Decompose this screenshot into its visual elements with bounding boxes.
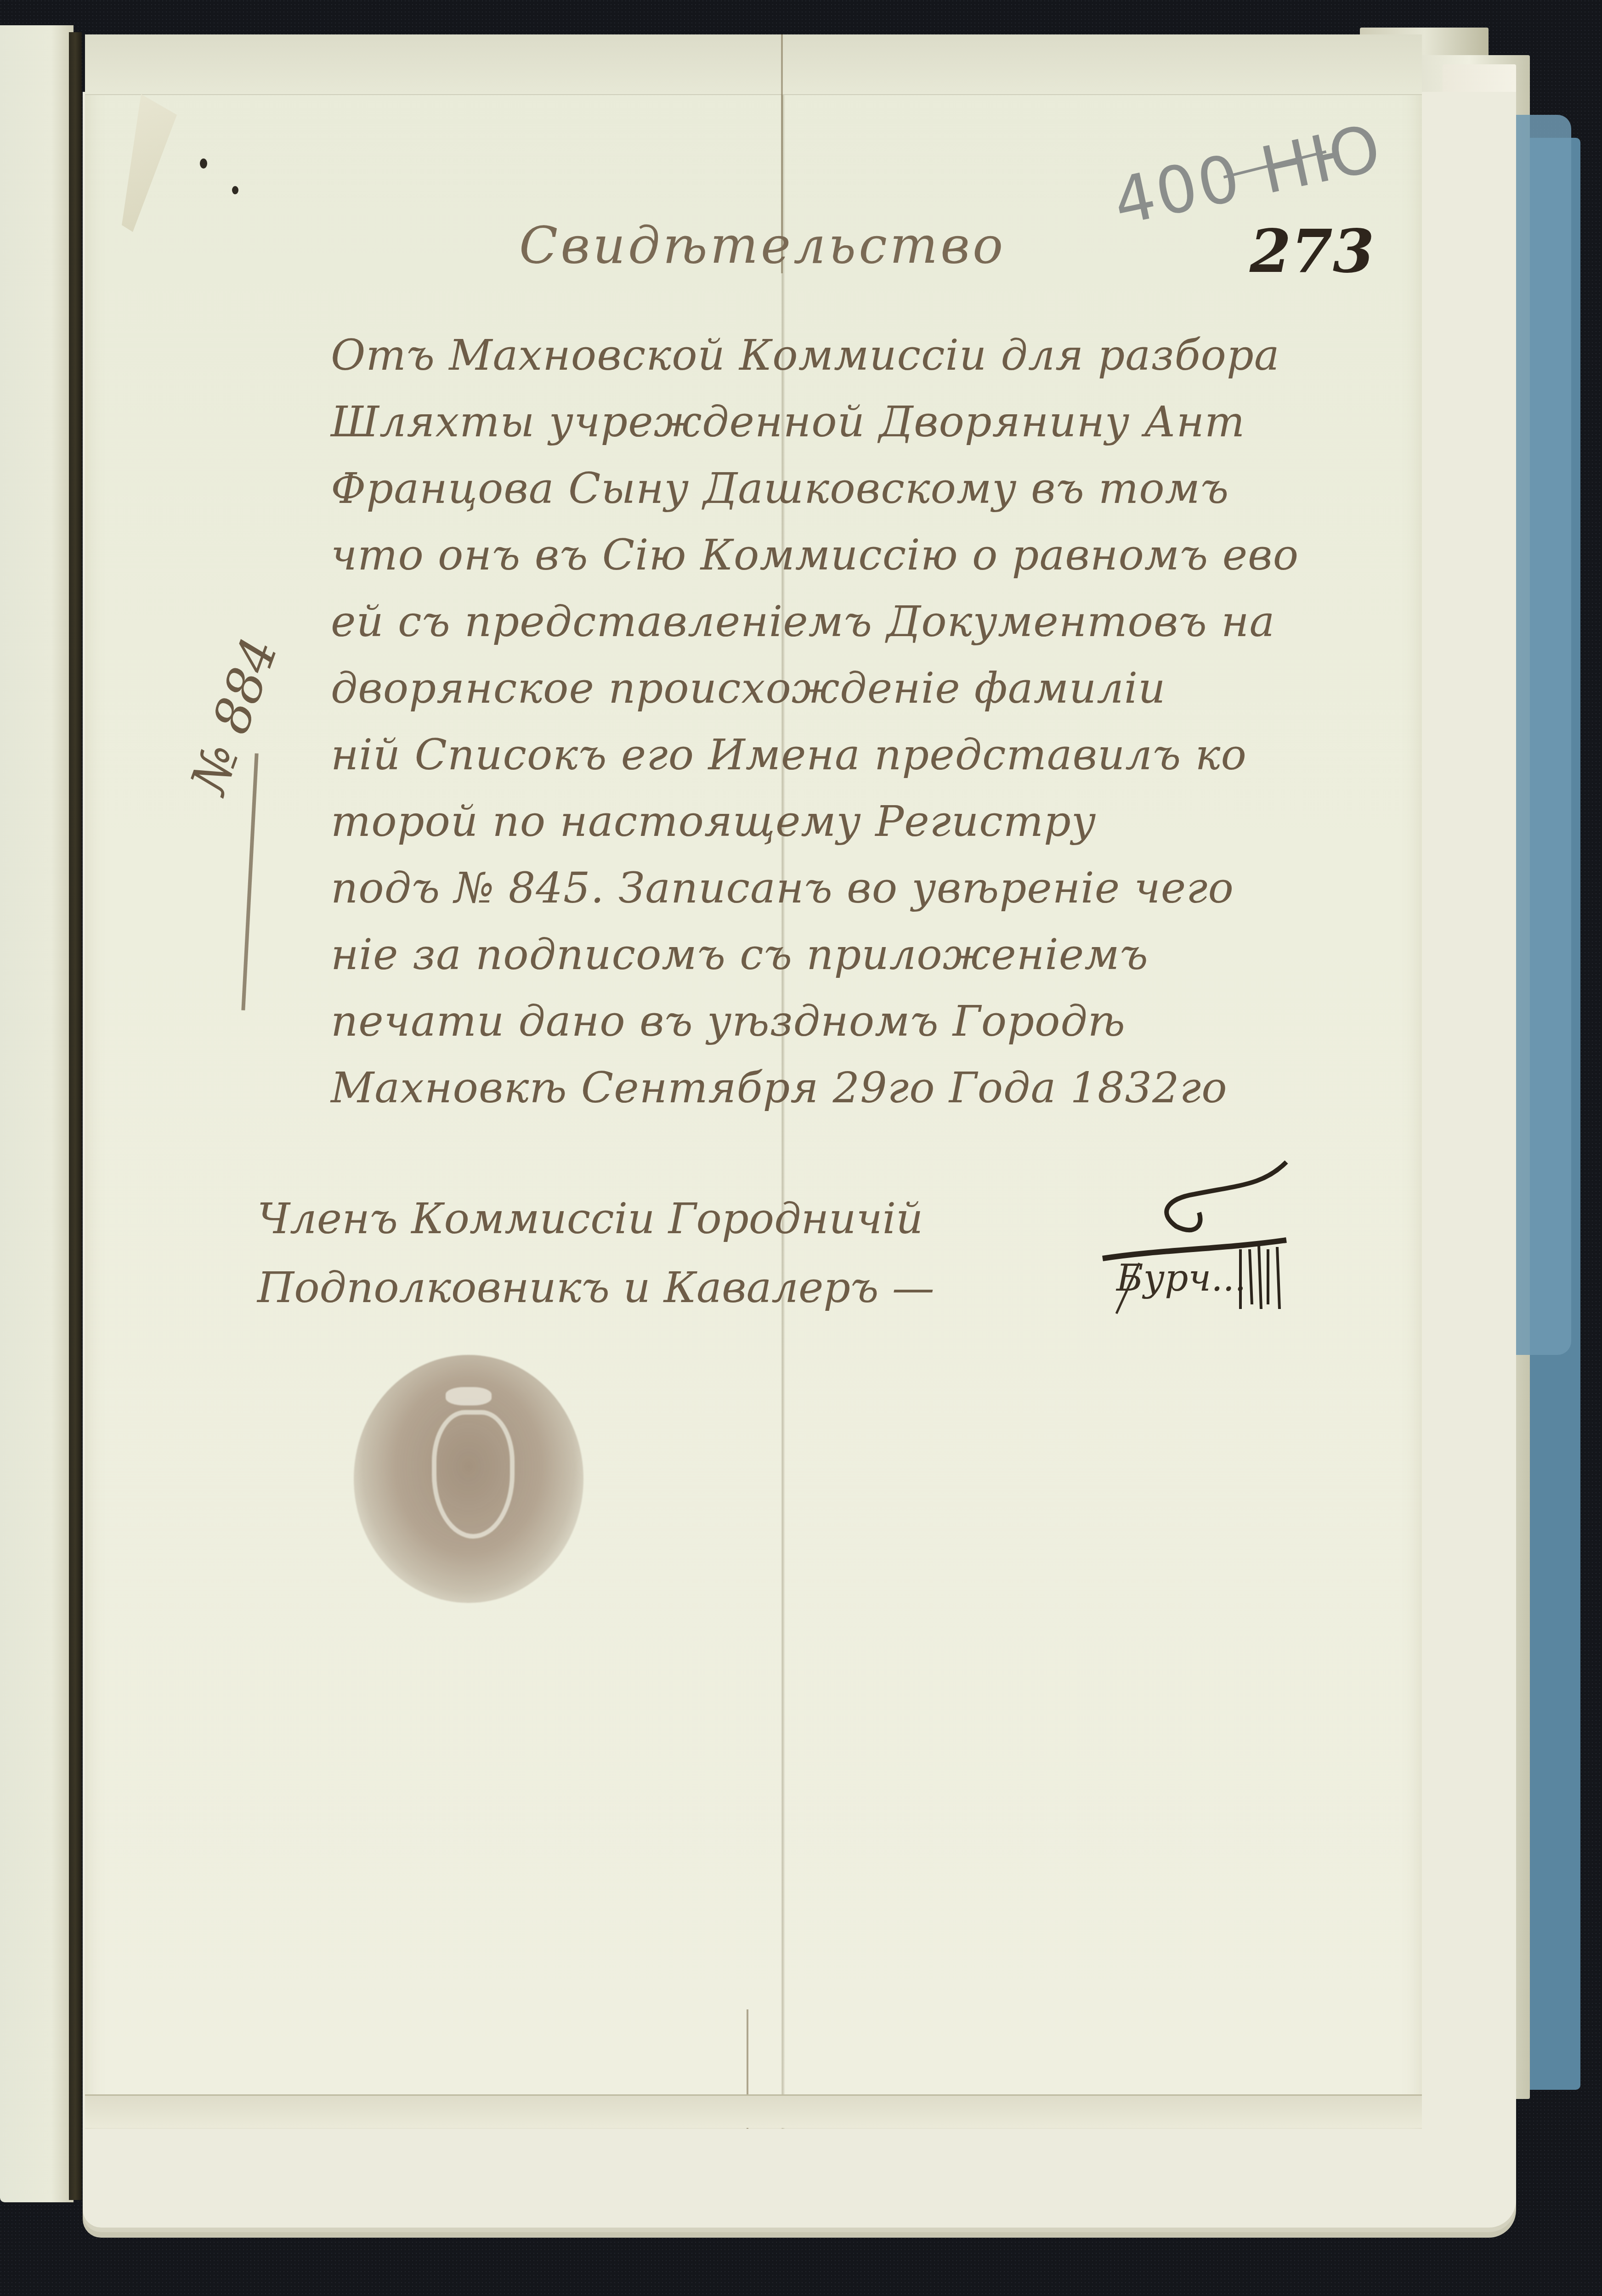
body-line: дворянское происхожденіе фамиліи <box>331 664 1166 713</box>
torn-corner-tab <box>122 94 177 232</box>
bottom-fold <box>85 2094 1422 2128</box>
seal-crest-icon <box>432 1410 515 1539</box>
left-facing-page <box>0 25 74 2202</box>
body-line: печати дано въ уѣздномъ Городѣ <box>331 997 1126 1046</box>
signer-title-line2: Подполковникъ и Кавалеръ — <box>257 1263 934 1312</box>
ink-stain <box>232 186 238 194</box>
body-line: ній Списокъ его Имена представилъ ко <box>331 730 1247 779</box>
body-line-registry: подъ № 845. Записанъ во увѣреніе чего <box>331 863 1234 913</box>
body-line: Шляхты учрежденной Дворянину Ант <box>331 397 1245 446</box>
folio-number: 273 <box>1250 216 1374 286</box>
body-line: Францова Сыну Дашковскому въ томъ <box>331 464 1229 513</box>
body-line: ей съ представленіемъ Документовъ на <box>331 597 1275 646</box>
book-gutter <box>69 32 82 2200</box>
document-title: Свидѣтельство <box>519 216 1006 275</box>
body-line: ніе за подписомъ съ приложеніемъ <box>331 930 1149 979</box>
body-line: Отъ Махновской Коммиссіи для разбора <box>331 331 1280 380</box>
handwritten-signature: Бурч... <box>1047 1157 1342 1318</box>
seal-crown-icon <box>446 1387 492 1405</box>
body-line: торой по настоящему Регистру <box>331 797 1096 846</box>
signer-title-line1: Членъ Коммиссіи Городничій <box>257 1194 923 1243</box>
faded-seal <box>354 1355 583 1603</box>
ink-stain <box>200 158 207 169</box>
body-line-date: Махновкѣ Сентября 29го Года 1832го <box>331 1063 1228 1112</box>
body-line: что онъ въ Сію Коммиссію о равномъ ево <box>331 530 1299 580</box>
top-fold <box>85 34 1422 95</box>
svg-text:Бурч...: Бурч... <box>1115 1257 1246 1299</box>
